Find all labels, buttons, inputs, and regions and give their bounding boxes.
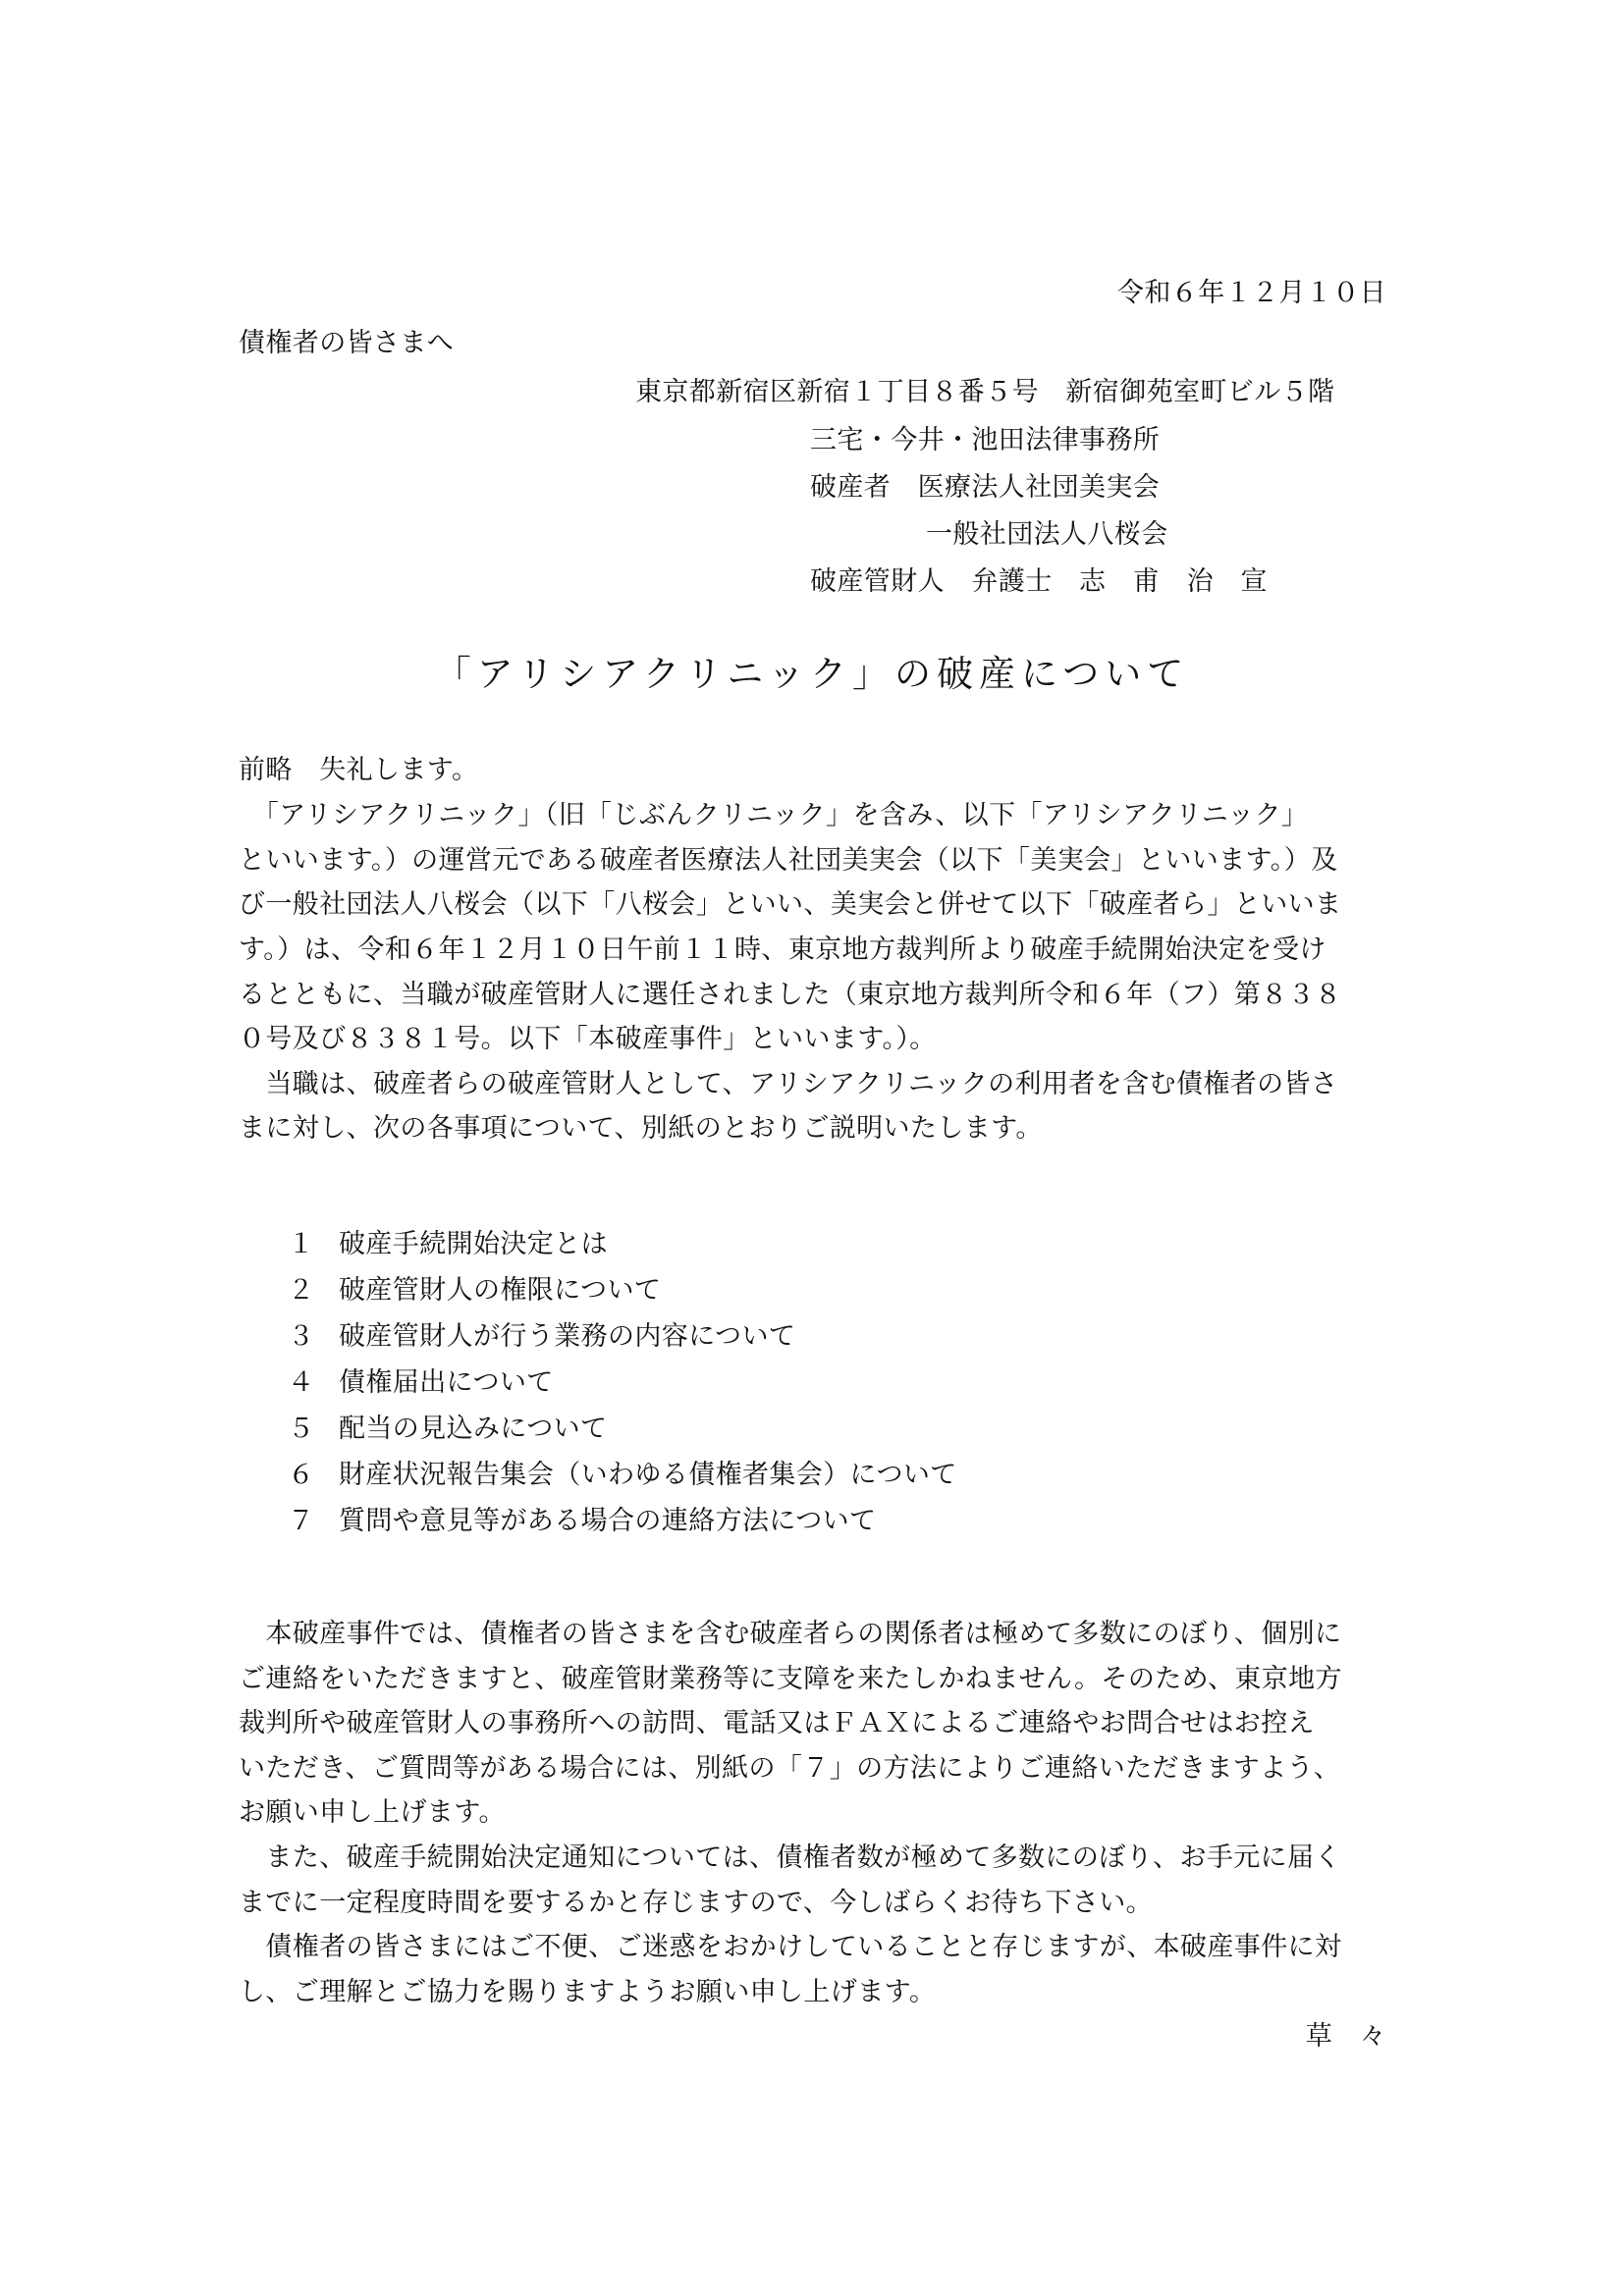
- list-text: 配当の見込みについて: [339, 1414, 607, 1444]
- paragraph-line: び一般社団法人八桜会（以下「八桜会」といい、美実会と併せて以下「破産者ら」といい…: [239, 888, 1341, 922]
- letter-date: 令和６年１２月１０日: [1117, 277, 1386, 310]
- addressee: 債権者の皆さまへ: [239, 327, 454, 360]
- paragraph-line: 裁判所や破産管財人の事務所への訪問、電話又はＦＡＸによるご連絡やお問合せはお控え: [239, 1707, 1315, 1740]
- paragraph-line: 本破産事件では、債権者の皆さまを含む破産者らの関係者は極めて多数にのぼり、個別に: [239, 1618, 1341, 1651]
- paragraph-line: お願い申し上げます。: [239, 1796, 506, 1830]
- greeting: 前略 失礼します。: [239, 754, 478, 787]
- trustee-name: 破産管財人 弁護士 志 甫 治 宣: [810, 565, 1268, 599]
- list-item: ５配当の見込みについて: [288, 1413, 607, 1446]
- paragraph-line: ０号及び８３８１号。以下「本破産事件」といいます。）。: [239, 1023, 937, 1056]
- list-item: ４債権届出について: [288, 1366, 554, 1400]
- list-text: 破産手続開始決定とは: [339, 1229, 608, 1259]
- bankrupt-entity-1: 破産者 医療法人社団美実会: [810, 471, 1160, 505]
- paragraph-line: まに対し、次の各事項について、別紙のとおりご説明いたします。: [239, 1112, 1043, 1146]
- list-number: ３: [288, 1320, 339, 1354]
- paragraph-line: ご連絡をいただきますと、破産管財業務等に支障を来たしかねません。そのため、東京地…: [239, 1663, 1342, 1696]
- paragraph-line: 当職は、破産者らの破産管財人として、アリシアクリニックの利用者を含む債権者の皆さ: [239, 1068, 1337, 1101]
- list-number: ４: [288, 1366, 339, 1400]
- list-text: 質問や意見等がある場合の連絡方法について: [339, 1506, 876, 1536]
- list-text: 債権届出について: [339, 1367, 554, 1398]
- paragraph-line: す。）は、令和６年１２月１０日午前１１時、東京地方裁判所より破産手続開始決定を受…: [239, 934, 1326, 967]
- closing-salutation: 草 々: [1306, 2020, 1386, 2054]
- list-number: ５: [288, 1413, 339, 1446]
- list-text: 破産管財人の権限について: [339, 1275, 661, 1306]
- paragraph-line: 「アリシアクリニック」（旧「じぶんクリニック」を含み、以下「アリシアクリニック」: [239, 799, 1308, 832]
- list-text: 破産管財人が行う業務の内容について: [339, 1321, 795, 1352]
- list-number: １: [288, 1228, 339, 1261]
- list-number: ７: [288, 1505, 339, 1538]
- paragraph-line: までに一定程度時間を要するかと存じますので、今しばらくお待ち下さい。: [239, 1887, 1153, 1920]
- document-title: 「アリシアクリニック」の破産について: [0, 652, 1624, 697]
- paragraph-line: し、ご理解とご協力を賜りますようお願い申し上げます。: [239, 1976, 936, 2009]
- paragraph-line: といいます。）の運営元である破産者医療法人社団美実会（以下「美実会」といいます。…: [239, 844, 1337, 878]
- paragraph-line: るとともに、当職が破産管財人に選任されました（東京地方裁判所令和６年（フ）第８３…: [239, 979, 1341, 1012]
- paragraph-line: いただき、ご質問等がある場合には、別紙の「７」の方法によりご連絡いただきますよう…: [239, 1752, 1340, 1786]
- list-item: ７質問や意見等がある場合の連絡方法について: [288, 1505, 876, 1538]
- bankrupt-entity-2: 一般社団法人八桜会: [926, 518, 1168, 552]
- list-number: ６: [288, 1459, 339, 1492]
- paragraph-line: また、破産手続開始決定通知については、債権者数が極めて多数にのぼり、お手元に届く: [239, 1842, 1341, 1875]
- letter-page: 令和６年１２月１０日 債権者の皆さまへ 東京都新宿区新宿１丁目８番５号 新宿御苑…: [0, 0, 1624, 2296]
- list-item: ６財産状況報告集会（いわゆる債権者集会）について: [288, 1459, 957, 1492]
- list-item: １破産手続開始決定とは: [288, 1228, 608, 1261]
- list-item: ２破産管財人の権限について: [288, 1274, 661, 1308]
- list-number: ２: [288, 1274, 339, 1308]
- sender-address: 東京都新宿区新宿１丁目８番５号 新宿御苑室町ビル５階: [635, 376, 1334, 409]
- law-firm-name: 三宅・今井・池田法律事務所: [810, 424, 1160, 457]
- list-text: 財産状況報告集会（いわゆる債権者集会）について: [339, 1460, 957, 1490]
- paragraph-line: 債権者の皆さまにはご不便、ご迷惑をおかけしていることと存じますが、本破産事件に対: [239, 1931, 1341, 1964]
- list-item: ３破産管財人が行う業務の内容について: [288, 1320, 795, 1354]
